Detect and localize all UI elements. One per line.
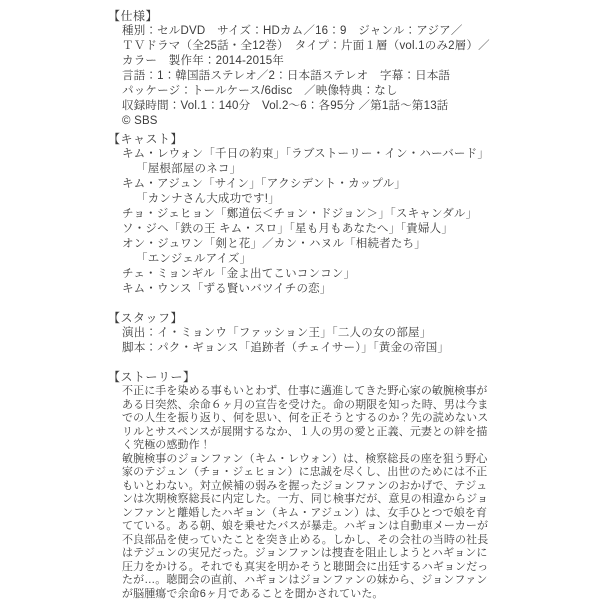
spec-line-type: 種別：セルDVD サイズ：HDカム／16：9 ジャンル：アジア／ xyxy=(108,24,540,39)
section-story: 【ストーリー】 不正に手を染める事もいとわず、仕事に邁進してきた野心家の敏腕検事… xyxy=(108,370,540,600)
staff-line-writer: 脚本：パク・ギョンス「追跡者（チェイサー）」「黄金の帝国」 xyxy=(108,341,540,356)
story-line-1: 不正に手を染める事もいとわず、仕事に邁進してきた野心家の敏腕検事が xyxy=(108,385,540,399)
spec-line-package: パッケージ：トールケース/6disc ／映像特典：なし xyxy=(108,84,540,99)
section-specs: 【仕様】 種別：セルDVD サイズ：HDカム／16：9 ジャンル：アジア／ ＴＶ… xyxy=(108,9,540,129)
story-line-10: ンファンと離婚したハギョン（キム・アジュン）は、女手ひとつで娘を育 xyxy=(108,507,540,521)
product-description-page: 【仕様】 種別：セルDVD サイズ：HDカム／16：9 ジャンル：アジア／ ＴＶ… xyxy=(0,0,600,600)
story-line-13: はテジュンの実兄だった。ジョンファンは捜査を阻止しようとハギョンに xyxy=(108,547,540,561)
section-staff: 【スタッフ】 演出：イ・ミョンウ「ファッション王」「二人の女の部屋」 脚本：パク… xyxy=(108,311,540,356)
copyright-line: © SBS xyxy=(108,114,540,129)
story-line-3: での人生を振り返り、何を思い、何を正そうとするのか？先の読めないス xyxy=(108,412,540,426)
cast-line-kim-rae-won-cont: 「屋根部屋のネコ」 xyxy=(108,162,540,177)
spec-line-runtime: 収録時間：Vol.1：140分 Vol.2～6：各95分 ／第1話～第13話 xyxy=(108,99,540,114)
section-cast-title: 【キャスト】 xyxy=(108,132,540,147)
story-line-12: 不良部品を使っていたことを突き止める。しかし、その会社の当時の社長 xyxy=(108,534,540,548)
story-line-5: く究極の感動作！ xyxy=(108,439,540,453)
staff-line-director: 演出：イ・ミョンウ「ファッション王」「二人の女の部屋」 xyxy=(108,326,540,341)
story-line-14: 圧力をかける。それでも真実を明かそうと聴聞会に出廷するハギョンだっ xyxy=(108,561,540,575)
cast-line-kim-eung-soo: キム・ウンス「ずる賢いバツイチの恋」 xyxy=(108,282,540,297)
cast-line-kim-ah-joong: キム・アジュン「サイン」「アクシデント・カップル」 xyxy=(108,177,540,192)
story-line-15: たが…。聴聞会の直前、ハギョンはジョンファンの妹から、ジョンファン xyxy=(108,574,540,588)
story-line-8: もいとわない。対立候補の弱みを握ったジョンファンのおかげで、テジュ xyxy=(108,480,540,494)
spec-line-language: 言語：1：韓国語ステレオ／2：日本語ステレオ 字幕：日本語 xyxy=(108,69,540,84)
cast-line-seo-ji-hye: ソ・ジヘ「鉄の王 キム・スロ」「星も月もあなたへ」「貴婦人」 xyxy=(108,222,540,237)
story-line-7: 家のテジュン（チョ・ジェヒョン）に忠誠を尽くし、出世のためには不正 xyxy=(108,466,540,480)
spec-line-drama: ＴＶドラマ（全25話・全12巻） タイプ：片面１層（vol.1のみ2層）／ xyxy=(108,39,540,54)
cast-line-cho-jae-hyun: チョ・ジェヒョン「鄭道伝＜チョン・ドジョン＞」「スキャンダル」 xyxy=(108,207,540,222)
cast-line-choi-myung-gil: チェ・ミョンギル「金よ出てこいコンコン」 xyxy=(108,267,540,282)
section-cast: 【キャスト】 キム・レウォン「千日の約束」「ラブストーリー・イン・ハーバード」 … xyxy=(108,132,540,297)
story-line-2: ある日突然、余命６ヶ月の宣告を受けた。命の期限を知った時、男は今ま xyxy=(108,399,540,413)
cast-line-kang-ha-neul-cont: 「エンジェルアイズ」 xyxy=(108,252,540,267)
cast-line-kim-rae-won: キム・レウォン「千日の約束」「ラブストーリー・イン・ハーバード」 xyxy=(108,147,540,162)
cast-line-on-joo-wan-kang-ha-neul: オン・ジュワン「剣と花」／カン・ハヌル「相続者たち」 xyxy=(108,237,540,252)
cast-line-kim-ah-joong-cont: 「カンナさん大成功です!」 xyxy=(108,192,540,207)
story-line-9: ンは次期検察総長に内定した。一方、同じ検事だが、意見の相違からジョ xyxy=(108,493,540,507)
section-specs-title: 【仕様】 xyxy=(108,9,540,24)
story-line-11: てている。ある朝、娘を乗せたバスが暴走。ハギョンは自動車メーカーが xyxy=(108,520,540,534)
spec-line-color-year: カラー 製作年：2014-2015年 xyxy=(108,54,540,69)
story-line-16: が脳腫瘍で余命6ヶ月であることを聞かされていた。 xyxy=(108,588,540,600)
section-staff-title: 【スタッフ】 xyxy=(108,311,540,326)
section-story-title: 【ストーリー】 xyxy=(108,370,540,385)
story-line-4: リルとサスペンスが展開するなか、１人の男の愛と正義、元妻との絆を描 xyxy=(108,426,540,440)
story-line-6: 敏腕検事のジョンファン（キム・レウォン）は、検察総長の座を狙う野心 xyxy=(108,453,540,467)
